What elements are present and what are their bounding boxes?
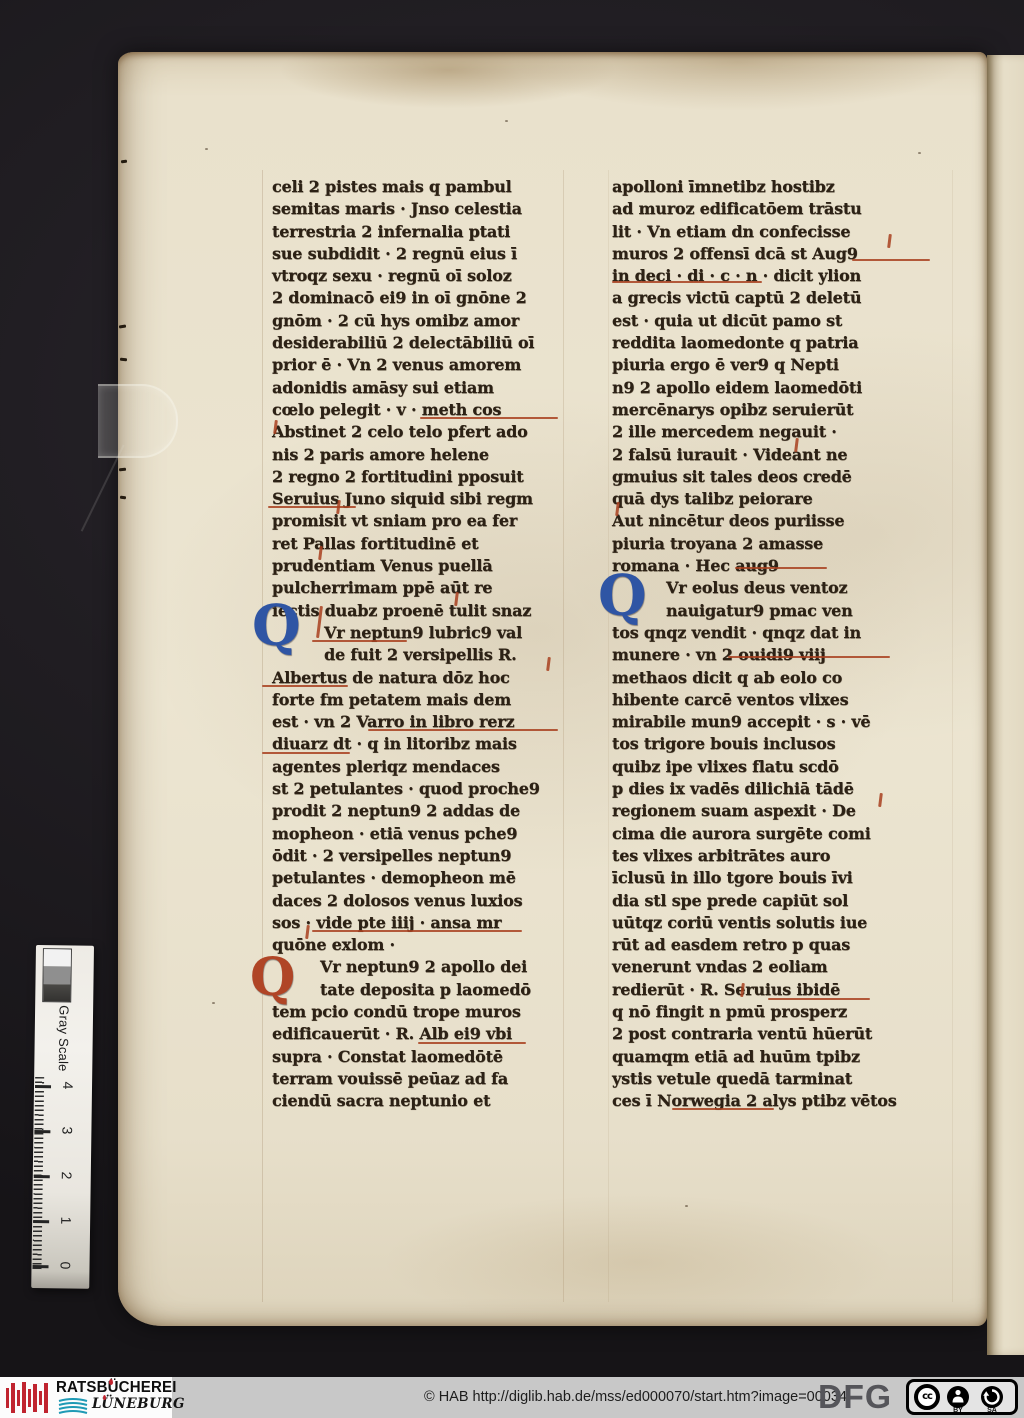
manuscript-text-line: celi 2 pistes mais q pambul (272, 176, 604, 198)
manuscript-text-line: ōdit · 2 versipelles neptun9 (272, 845, 604, 867)
rubric-underline (262, 752, 350, 754)
binding-mark (120, 358, 127, 362)
ruler-major-tick (33, 1220, 49, 1223)
manuscript-text-line: ces ī Norwegia 2 alys ptibz vētos (612, 1090, 956, 1112)
manuscript-text-line: piuria ergo ē ver9 q Nepti (612, 354, 956, 376)
manuscript-text-line: daces 2 dolosos venus luxios (272, 890, 604, 912)
manuscript-text-line: quamqm etiā ad huūm tpibz (612, 1046, 956, 1068)
manuscript-text-line: hibente carcē ventos vlixes (612, 689, 956, 711)
manuscript-text-line: st 2 petulantes · quod proche9 (272, 778, 604, 800)
library-logo-panel: RATSBÜCHEREI LÜNEBURG (0, 1377, 172, 1418)
manuscript-text-line: a grecis victū captū 2 deletū (612, 287, 956, 309)
manuscript-text-line: ystis vetule quedā tarminat (612, 1068, 956, 1090)
manuscript-text-line: petulantes · demopheon mē (272, 867, 604, 889)
dfg-logo: DFG (818, 1378, 892, 1416)
manuscript-text-line: mopheon · etiā venus pche9 (272, 823, 604, 845)
cc-license-badge: cc BY SA (906, 1379, 1018, 1415)
illuminated-initial-blue: Q (252, 598, 301, 654)
cc-sa-arrow-icon (981, 1386, 1003, 1408)
binding-mark (119, 468, 126, 472)
rubric-underline (312, 930, 522, 932)
rubric-underline (268, 506, 356, 508)
manuscript-text-line: quibz ipe vlixes flatu scdō (612, 756, 956, 778)
ruler-number: 1 (58, 1212, 74, 1228)
rubric-underline (418, 1042, 526, 1044)
manuscript-left-column: celi 2 pistes mais q pambulsemitas maris… (272, 176, 604, 1112)
rubric-underline (728, 656, 890, 658)
gray-scale-patches (42, 948, 72, 1002)
ruler-label: Gray Scale (56, 1005, 72, 1072)
ink-speck (685, 1205, 688, 1207)
manuscript-text-line: sue subdidit · 2 regnū eius ī (272, 243, 604, 265)
ruler-minor-ticks (32, 1077, 44, 1269)
umlaut-drop-icon (103, 1395, 106, 1400)
manuscript-text-line: desiderabiliū 2 delectābiliū oī (272, 332, 604, 354)
manuscript-text-line: 2 falsū iurauit · Videant ne (612, 444, 956, 466)
illuminated-initial-red: Q (250, 952, 295, 1004)
gray-patch-white (44, 949, 71, 966)
ruler-number: 3 (59, 1122, 75, 1138)
footer-bar: RATSBÜCHEREI LÜNEBURG © HAB http://digli… (0, 1377, 1024, 1418)
rubric-underline (368, 729, 558, 731)
rubric-underline (312, 640, 407, 642)
manuscript-text-line: vtroqz sexu · regnū oī soloz (272, 265, 604, 287)
cc-by-person-icon (947, 1386, 969, 1408)
manuscript-text-line: mirabile mun9 accepit · s · vē (612, 711, 956, 733)
cc-logo-icon: cc (914, 1384, 940, 1410)
manuscript-text-line: prudentiam Venus puellā (272, 555, 604, 577)
column-ruling-line (608, 170, 609, 1302)
ink-speck (212, 1002, 215, 1004)
manuscript-text-line: tes vlixes arbitrātes auro (612, 845, 956, 867)
manuscript-text-line: prior ē · Vn 2 venus amorem (272, 354, 604, 376)
manuscript-text-line: regionem suam aspexit · De (612, 800, 956, 822)
manuscript-text-line: Aut nincētur deos puriisse (612, 510, 956, 532)
manuscript-text-line: uūtqz coriū ventis solutis iue (612, 912, 956, 934)
manuscript-text-line: n9 2 apollo eidem laomedōti (612, 377, 956, 399)
manuscript-text-line: gnōm · 2 cū hys omibz amor (272, 310, 604, 332)
ruler-major-tick (32, 1265, 48, 1268)
manuscript-text-line: rūt ad easdem retro p quas (612, 934, 956, 956)
manuscript-text-line: Vr neptun9 2 apollo dei (272, 956, 604, 978)
manuscript-text-line: p dies ix vadēs dilichiā tādē (612, 778, 956, 800)
illuminated-initial-blue: Q (598, 568, 647, 624)
rubric-underline (262, 685, 348, 687)
manuscript-text-line: ad muroz edificatōem trāstu (612, 198, 956, 220)
ink-speck (505, 120, 508, 122)
manuscript-text-line: supra · Constat laomedōtē (272, 1046, 604, 1068)
rubric-underline (768, 998, 870, 1000)
gray-patch-mid (43, 966, 70, 984)
lueneburg-book-icon (58, 1398, 88, 1415)
manuscript-text-line: est · quia ut dicūt pamo st (612, 310, 956, 332)
gray-scale-ruler: Gray Scale 4 3 2 1 0 (31, 945, 94, 1289)
manuscript-text-line: cima die aurora surgēte comi (612, 823, 956, 845)
manuscript-text-line: muros 2 offensī dcā st Aug9 (612, 243, 956, 265)
ruler-number: 0 (57, 1257, 73, 1273)
manuscript-text-line: nis 2 paris amore helene (272, 444, 604, 466)
manuscript-text-line: terrestria 2 infernalia ptati (272, 221, 604, 243)
ink-speck (205, 148, 208, 150)
ink-speck (918, 152, 921, 154)
library-name: RATSBÜCHEREI (56, 1379, 177, 1397)
manuscript-text-line: agentes pleriqz mendaces (272, 756, 604, 778)
umlaut-drop-icon (109, 1379, 113, 1385)
cc-by-label: BY (947, 1407, 969, 1414)
manuscript-text-line: piuria troyana 2 amasse (612, 533, 956, 555)
manuscript-text-line: mercēnarys opibz seruierūt (612, 399, 956, 421)
manuscript-text-line: adonidis amāsy sui etiam (272, 377, 604, 399)
manuscript-text-line: tate deposita p laomedō (272, 979, 604, 1001)
manuscript-text-line: pulcherrimam ppē aūt re (272, 577, 604, 599)
manuscript-text-line: tem pcio condū trope muros (272, 1001, 604, 1023)
rubric-underline (612, 281, 762, 283)
rubric-underline (420, 417, 558, 419)
facing-page-edge (987, 55, 1024, 1355)
rubric-underline (735, 567, 827, 569)
rubric-underline (852, 259, 930, 261)
ruler-major-tick (35, 1085, 51, 1088)
manuscript-text-line: dia stl spe prede capiūt sol (612, 890, 956, 912)
manuscript-text-line: tos qnqz vendit · qnqz dat in (612, 622, 956, 644)
manuscript-text-line: forte fm petatem mais dem (272, 689, 604, 711)
manuscript-text-line: Vr eolus deus ventoz (612, 577, 956, 599)
manuscript-text-line: venerunt vndas 2 eoliam (612, 956, 956, 978)
manuscript-text-line: methaos dicit q ab eolo co (612, 667, 956, 689)
gray-patch-dark (43, 984, 70, 1001)
copyright-url: © HAB http://diglib.hab.de/mss/ed000070/… (424, 1389, 847, 1405)
manuscript-text-line: quōne exlom · (272, 934, 604, 956)
manuscript-text-line: tos trigore bouis inclusos (612, 733, 956, 755)
page-clamp (98, 384, 178, 458)
cc-sa-label: SA (981, 1407, 1003, 1414)
column-ruling-line (262, 170, 263, 1302)
ratsbuecherei-bars-icon (5, 1380, 51, 1415)
manuscript-text-line: Abstinet 2 celo telo pfert ado (272, 421, 604, 443)
manuscript-text-line: apolloni īmnetibz hostibz (612, 176, 956, 198)
scan-root: celi 2 pistes mais q pambulsemitas maris… (0, 0, 1024, 1418)
ruler-major-tick (34, 1130, 50, 1133)
ruler-major-tick (34, 1175, 50, 1178)
manuscript-text-line: terram vouissē peūaz ad fa (272, 1068, 604, 1090)
manuscript-text-line: 2 dominacō ei9 in oī gnōne 2 (272, 287, 604, 309)
ruler-number: 4 (60, 1077, 76, 1093)
manuscript-text-line: in deci · di · c · n · dicit ylion (612, 265, 956, 287)
manuscript-text-line: īclusū in illo tgore bouis īvi (612, 867, 956, 889)
binding-mark (120, 496, 126, 500)
manuscript-right-column: apolloni īmnetibz hostibzad muroz edific… (612, 176, 956, 1112)
manuscript-text-line: 2 post contraria ventū hūerūt (612, 1023, 956, 1045)
manuscript-text-line: 2 regno 2 fortitudini pposuit (272, 466, 604, 488)
manuscript-text-line: nauigatur9 pmac ven (612, 600, 956, 622)
ruler-number: 2 (59, 1167, 75, 1183)
manuscript-text-line: q nō fingit n pmū prosperz (612, 1001, 956, 1023)
binding-mark (121, 160, 127, 164)
manuscript-text-line: lit · Vn etiam dn confecisse (612, 221, 956, 243)
manuscript-text-line: ciendū sacra neptunio et (272, 1090, 604, 1112)
manuscript-text-line: gmuius sit tales deos credē (612, 466, 956, 488)
manuscript-text-line: 2 ille mercedem negauit · (612, 421, 956, 443)
manuscript-text-line: de fuit 2 versipellis R. (272, 644, 604, 666)
manuscript-text-line: quā dys talibz peiorare (612, 488, 956, 510)
manuscript-text-line: prodit 2 neptun9 2 addas de (272, 800, 604, 822)
manuscript-text-line: semitas maris · Jnso celestia (272, 198, 604, 220)
manuscript-text-line: reddita laomedonte q patria (612, 332, 956, 354)
manuscript-text-line: promisit vt sniam pro ea fer (272, 510, 604, 532)
rubric-underline (672, 1108, 774, 1110)
